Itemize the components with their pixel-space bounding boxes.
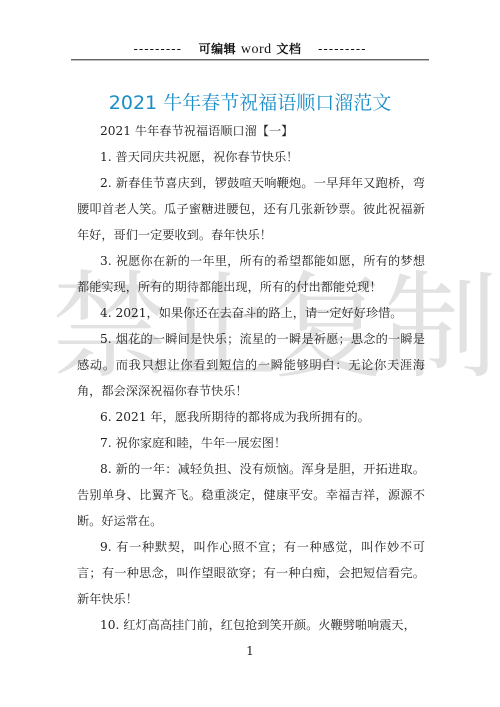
paragraph-9: 9. 有一种默契，叫作心照不宣；有一种感觉，叫作妙不可言；有一种思念，叫作望眼欲… [77, 534, 425, 612]
paragraph-4: 4. 2021，如果你还在去奋斗的路上，请一定好好珍惜。 [77, 300, 425, 326]
header-label-prefix: 可编辑 [199, 42, 237, 56]
paragraph-2: 2. 新春佳节喜庆到，锣鼓喧天响鞭炮。一早拜年又跑桥，弯腰叩首老人笑。瓜子蜜糖进… [77, 170, 425, 248]
paragraph-5: 5. 烟花的一瞬间是快乐；流星的一瞬是祈愿；思念的一瞬是感动。而我只想让你看到短… [77, 326, 425, 404]
header-divider [71, 59, 429, 61]
page-number: 1 [0, 644, 500, 658]
header-label-suffix: 文档 [276, 42, 301, 56]
paragraph-1: 1. 普天同庆共祝愿，祝你春节快乐！ [77, 144, 425, 170]
document-body: 2021 牛年春节祝福语顺口溜【一】 1. 普天同庆共祝愿，祝你春节快乐！ 2.… [77, 118, 425, 638]
header-dashes-right: --------- [318, 42, 367, 57]
paragraph-8: 8. 新的一年：减轻负担、没有烦恼。浑身是胆，开拓进取。告别单身、比翼齐飞。稳重… [77, 456, 425, 534]
document-title: 2021 牛年春节祝福语顺口溜范文 [0, 88, 500, 115]
header-label-word: word [241, 42, 272, 57]
header-label: 可编辑 word 文档 [199, 42, 302, 56]
section-subheading: 2021 牛年春节祝福语顺口溜【一】 [77, 118, 425, 144]
paragraph-3: 3. 祝愿你在新的一年里，所有的希望都能如愿，所有的梦想都能实现，所有的期待都能… [77, 248, 425, 300]
paragraph-10: 10. 红灯高高挂门前，红包抢到笑开颜。火鞭劈啪响震天， [77, 612, 425, 638]
header-dashes-left: --------- [133, 42, 182, 57]
paragraph-7: 7. 祝你家庭和睦，牛年一展宏图！ [77, 430, 425, 456]
page-header: --------- 可编辑 word 文档 --------- [71, 40, 429, 58]
paragraph-6: 6. 2021 年，愿我所期待的都将成为我所拥有的。 [77, 404, 425, 430]
document-page: --------- 可编辑 word 文档 --------- 2021 牛年春… [0, 0, 500, 707]
